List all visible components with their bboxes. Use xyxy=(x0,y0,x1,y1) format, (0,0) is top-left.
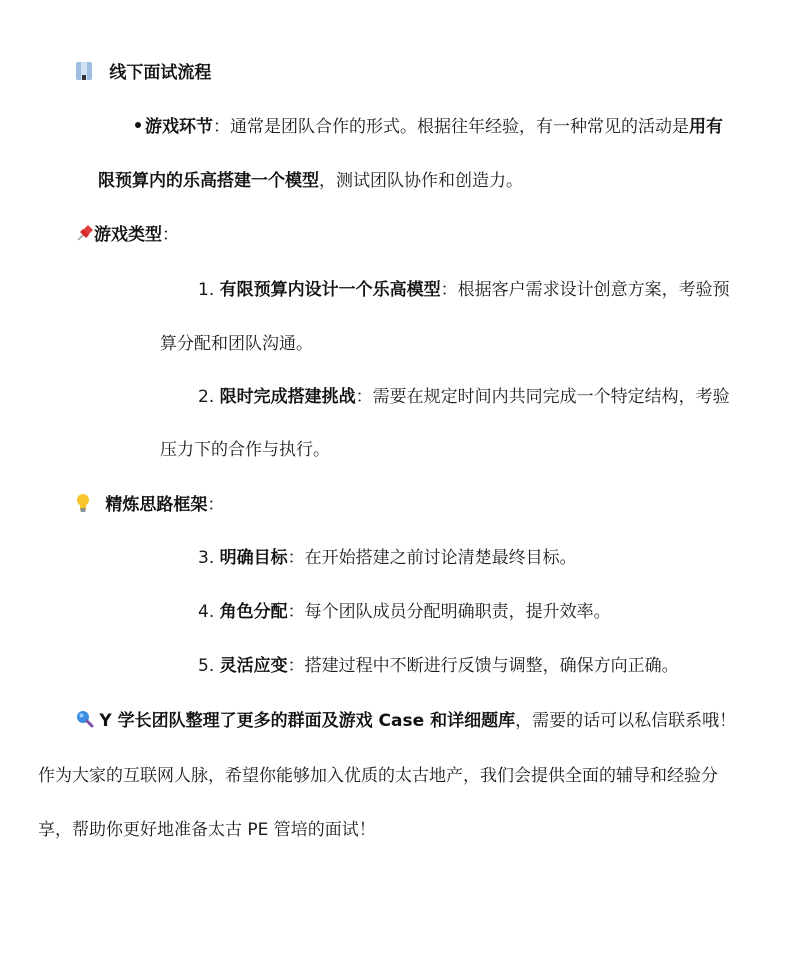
list-text: 搭建过程中不断进行反馈与调整，确保方向正确。 xyxy=(305,656,679,676)
office-building-icon xyxy=(76,62,92,80)
separator: ： xyxy=(213,117,230,137)
list-number: 2. xyxy=(198,387,214,407)
bullet-label: 游戏环节 xyxy=(145,117,213,137)
separator: ： xyxy=(162,225,179,245)
paragraph-text: 作为大家的互联网人脉，希望你能够加入优质的太古地产，我们会提供全面的辅导和经验分 xyxy=(38,766,718,786)
promo-line: Y 学长团队整理了更多的群面及游戏 Case 和详细题库，需要的话可以私信联系哦… xyxy=(76,709,736,733)
closing-paragraph-line2: 享，帮助你更好地准备太古 PE 管培的面试！ xyxy=(38,818,376,842)
list-text: 在开始搭建之前讨论清楚最终目标。 xyxy=(305,548,577,568)
list-number: 4. xyxy=(198,602,214,622)
list-item-game-type-1-line1: 1. 有限预算内设计一个乐高模型：根据客户需求设计创意方案，考验预 xyxy=(198,278,730,302)
list-text: 根据客户需求设计创意方案，考验预 xyxy=(458,280,730,300)
bullet-dot-icon xyxy=(135,122,141,128)
list-item-game-type-2-line1: 2. 限时完成搭建挑战：需要在规定时间内共同完成一个特定结构，考验 xyxy=(198,385,730,409)
list-number: 1. xyxy=(198,280,214,300)
list-text: 算分配和团队沟通。 xyxy=(160,334,313,354)
list-text: 需要在规定时间内共同完成一个特定结构，考验 xyxy=(373,387,730,407)
list-label: 角色分配 xyxy=(220,602,288,622)
list-number: 5. xyxy=(198,656,214,676)
bullet-bold-text: 限预算内的乐高搭建一个模型 xyxy=(98,171,319,191)
promo-bold-text: Y 学长团队整理了更多的群面及游戏 Case 和详细题库 xyxy=(99,711,515,731)
list-item-framework-5: 5. 灵活应变：搭建过程中不断进行反馈与调整，确保方向正确。 xyxy=(198,654,679,678)
light-bulb-icon xyxy=(76,493,90,513)
closing-paragraph-line1: 作为大家的互联网人脉，希望你能够加入优质的太古地产，我们会提供全面的辅导和经验分 xyxy=(38,764,718,788)
bullet-text: ，测试团队协作和创造力。 xyxy=(319,171,523,191)
separator: ： xyxy=(288,602,305,622)
list-item-game-type-2-line2: 压力下的合作与执行。 xyxy=(160,438,330,462)
section-title: 游戏类型 xyxy=(94,225,162,245)
bullet-text: 通常是团队合作的形式。根据往年经验，有一种常见的活动是 xyxy=(230,117,689,137)
list-item-framework-4: 4. 角色分配：每个团队成员分配明确职责，提升效率。 xyxy=(198,600,611,624)
promo-text: ，需要的话可以私信联系哦！ xyxy=(515,711,736,731)
section-heading-offline-interview: 线下面试流程 xyxy=(76,61,211,85)
pushpin-icon xyxy=(76,224,94,242)
list-item-game-type-1-line2: 算分配和团队沟通。 xyxy=(160,332,313,356)
bullet-bold-text: 用有 xyxy=(689,117,723,137)
section-heading-thinking-framework: 精炼思路框架： xyxy=(76,493,224,517)
list-item-framework-3: 3. 明确目标：在开始搭建之前讨论清楚最终目标。 xyxy=(198,546,577,570)
separator: ： xyxy=(441,280,458,300)
paragraph-text: 享，帮助你更好地准备太古 PE 管培的面试！ xyxy=(38,820,376,840)
list-text: 每个团队成员分配明确职责，提升效率。 xyxy=(305,602,611,622)
separator: ： xyxy=(356,387,373,407)
list-label: 限时完成搭建挑战 xyxy=(220,387,356,407)
separator: ： xyxy=(207,495,224,515)
section-title: 线下面试流程 xyxy=(109,63,211,83)
list-label: 灵活应变 xyxy=(220,656,288,676)
bullet-game-session-line1: 游戏环节：通常是团队合作的形式。根据往年经验，有一种常见的活动是用有 xyxy=(135,115,723,139)
separator: ： xyxy=(288,548,305,568)
section-title: 精炼思路框架 xyxy=(105,495,207,515)
list-text: 压力下的合作与执行。 xyxy=(160,440,330,460)
bullet-game-session-line2: 限预算内的乐高搭建一个模型，测试团队协作和创造力。 xyxy=(98,169,523,193)
magnifier-icon xyxy=(76,710,94,728)
section-heading-game-types: 游戏类型： xyxy=(76,223,179,247)
list-label: 有限预算内设计一个乐高模型 xyxy=(220,280,441,300)
list-number: 3. xyxy=(198,548,214,568)
separator: ： xyxy=(288,656,305,676)
list-label: 明确目标 xyxy=(220,548,288,568)
